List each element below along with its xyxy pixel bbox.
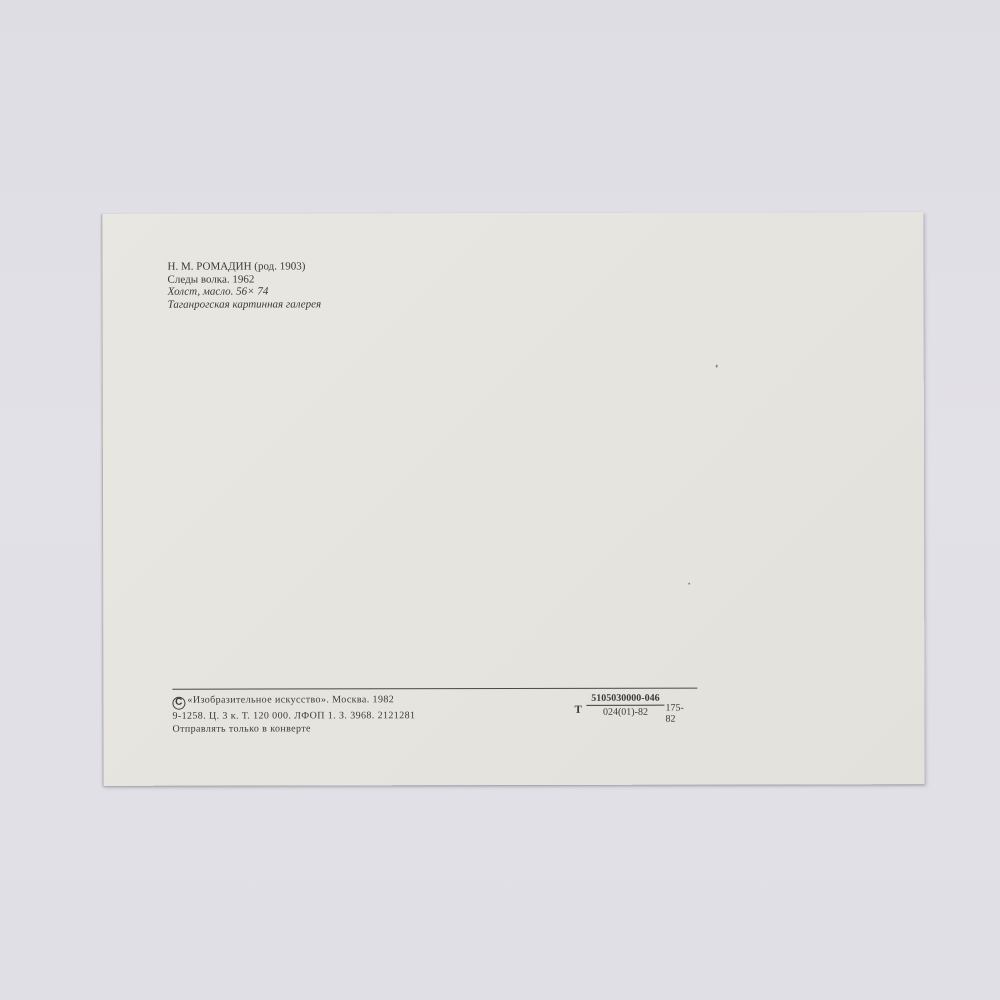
postcard-back: Н. М. РОМАДИН (род. 1903) Следы волка. 1…	[101, 212, 924, 786]
index-denominator: 024(01)-82	[586, 706, 664, 718]
artwork-title: Следы волка. 1962	[168, 273, 322, 286]
publisher-line: C«Изобразительное искусство». Москва. 19…	[172, 693, 415, 710]
index-prefix: Т	[574, 704, 581, 716]
paper-speck	[716, 365, 718, 368]
index-fraction: 5105030000-046 024(01)-82	[586, 693, 664, 718]
mailing-note: Отправлять только в конверте	[172, 722, 415, 736]
copyright-icon: C	[172, 697, 185, 710]
print-details: 9-1258. Ц. 3 к. Т. 120 000. ЛФОП 1. З. 3…	[172, 709, 415, 723]
index-numerator: 5105030000-046	[586, 693, 664, 706]
imprint-divider	[172, 688, 697, 690]
index-suffix: 175-82	[665, 703, 683, 725]
paper-speck	[688, 583, 690, 585]
artwork-collection: Таганрогская картинная галерея	[168, 298, 322, 311]
artist-name: Н. М. РОМАДИН (род. 1903)	[168, 260, 322, 273]
publisher-text: «Изобразительное искусство». Москва. 198…	[187, 694, 394, 705]
artwork-medium: Холст, масло. 56× 74	[168, 285, 322, 298]
artwork-caption: Н. М. РОМАДИН (род. 1903) Следы волка. 1…	[168, 260, 322, 310]
publisher-imprint: C«Изобразительное искусство». Москва. 19…	[172, 693, 415, 736]
